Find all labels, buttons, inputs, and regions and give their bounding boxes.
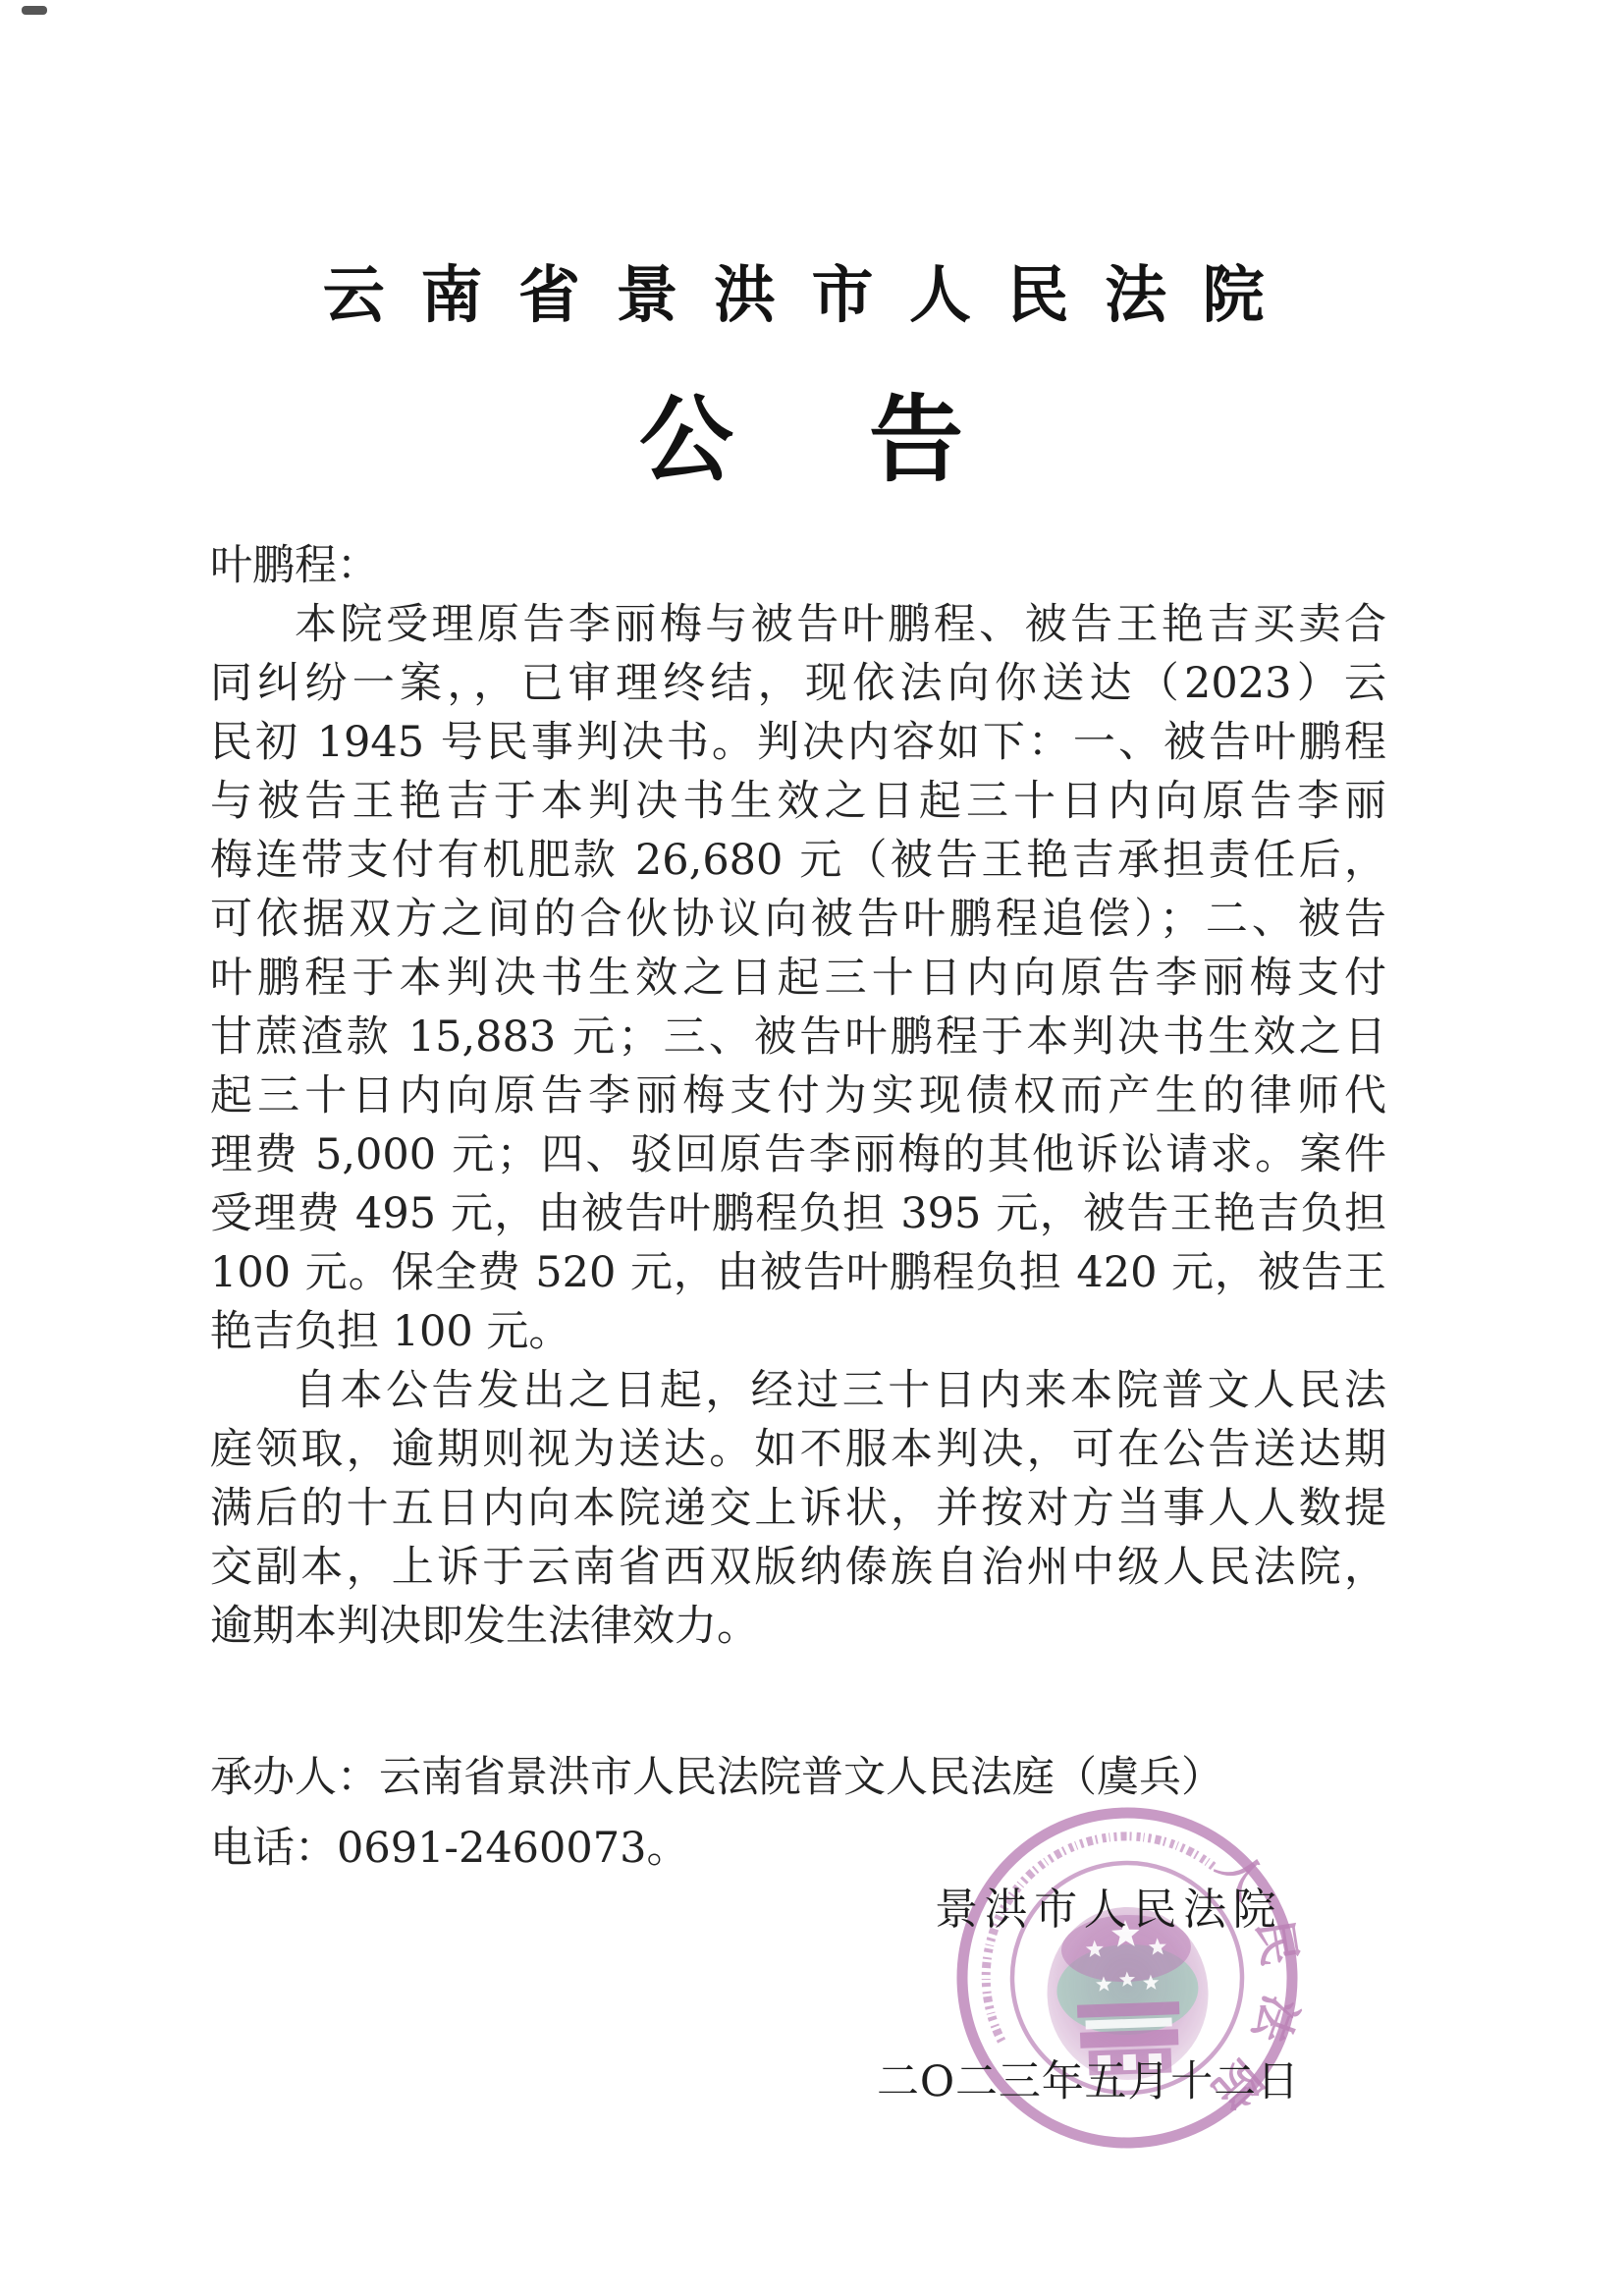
body-line: 同纠纷一案，，已审理终结，现依法向你送达（2023）云 2801 [210, 654, 1386, 713]
phone-line: 电话：0691-2460073。 [210, 1815, 688, 1875]
body-line: 梅连带支付有机肥款 26,680 元（被告王艳吉承担责任后， [210, 831, 1386, 890]
salutation: 叶鹏程： [210, 536, 1386, 595]
body-line: 受理费 495 元，由被告叶鹏程负担 395 元，被告王艳吉负担 [210, 1184, 1386, 1243]
body-line: 起三十日内向原告李丽梅支付为实现债权而产生的律师代 [210, 1066, 1386, 1125]
body-line: 满后的十五日内向本院递交上诉状，并按对方当事人人数提 [210, 1479, 1386, 1538]
document-title: 公 告 [0, 365, 1623, 500]
body-line: 民初 1945 号民事判决书。判决内容如下：一、被告叶鹏程 [210, 713, 1386, 772]
body-line: 理费 5,000 元；四、驳回原告李丽梅的其他诉讼请求。案件 [210, 1125, 1386, 1184]
body-line: 可依据双方之间的合伙协议向被告叶鹏程追偿）；二、被告 [210, 890, 1386, 949]
signature-court-name: 景洪市人民法院 [935, 1874, 1282, 1937]
body-line: 100 元。保全费 520 元，由被告叶鹏程负担 420 元，被告王 [210, 1243, 1386, 1302]
announcement-body: 叶鹏程： 本院受理原告李丽梅与被告叶鹏程、被告王艳吉买卖合 同纠纷一案，，已审理… [210, 536, 1386, 1656]
body-line: 交副本，上诉于云南省西双版纳傣族自治州中级人民法院， [210, 1538, 1386, 1597]
court-title: 云南省景洪市人民法院 [0, 246, 1623, 335]
body-line: 艳吉负担 100 元。 [210, 1302, 1386, 1361]
handler-line: 承办人：云南省景洪市人民法院普文人民法庭（虞兵） [210, 1744, 1223, 1804]
body-line: 叶鹏程于本判决书生效之日起三十日内向原告李丽梅支付 [210, 949, 1386, 1008]
signature-date: 二O二三年五月十二日 [877, 2049, 1300, 2108]
scan-artifact [22, 6, 47, 15]
body-line: 逾期本判决即发生法律效力。 [210, 1597, 1386, 1656]
body-line: 自本公告发出之日起，经过三十日内来本院普文人民法 [210, 1361, 1386, 1420]
body-line: 甘蔗渣款 15,883 元；三、被告叶鹏程于本判决书生效之日 [210, 1008, 1386, 1066]
body-line: 本院受理原告李丽梅与被告叶鹏程、被告王艳吉买卖合 [210, 595, 1386, 654]
body-line: 与被告王艳吉于本判决书生效之日起三十日内向原告李丽 [210, 772, 1386, 831]
body-line: 庭领取，逾期则视为送达。如不服本判决，可在公告送达期 [210, 1420, 1386, 1479]
court-announcement-page: 云南省景洪市人民法院 公 告 叶鹏程： 本院受理原告李丽梅与被告叶鹏程、被告王艳… [0, 0, 1623, 2296]
